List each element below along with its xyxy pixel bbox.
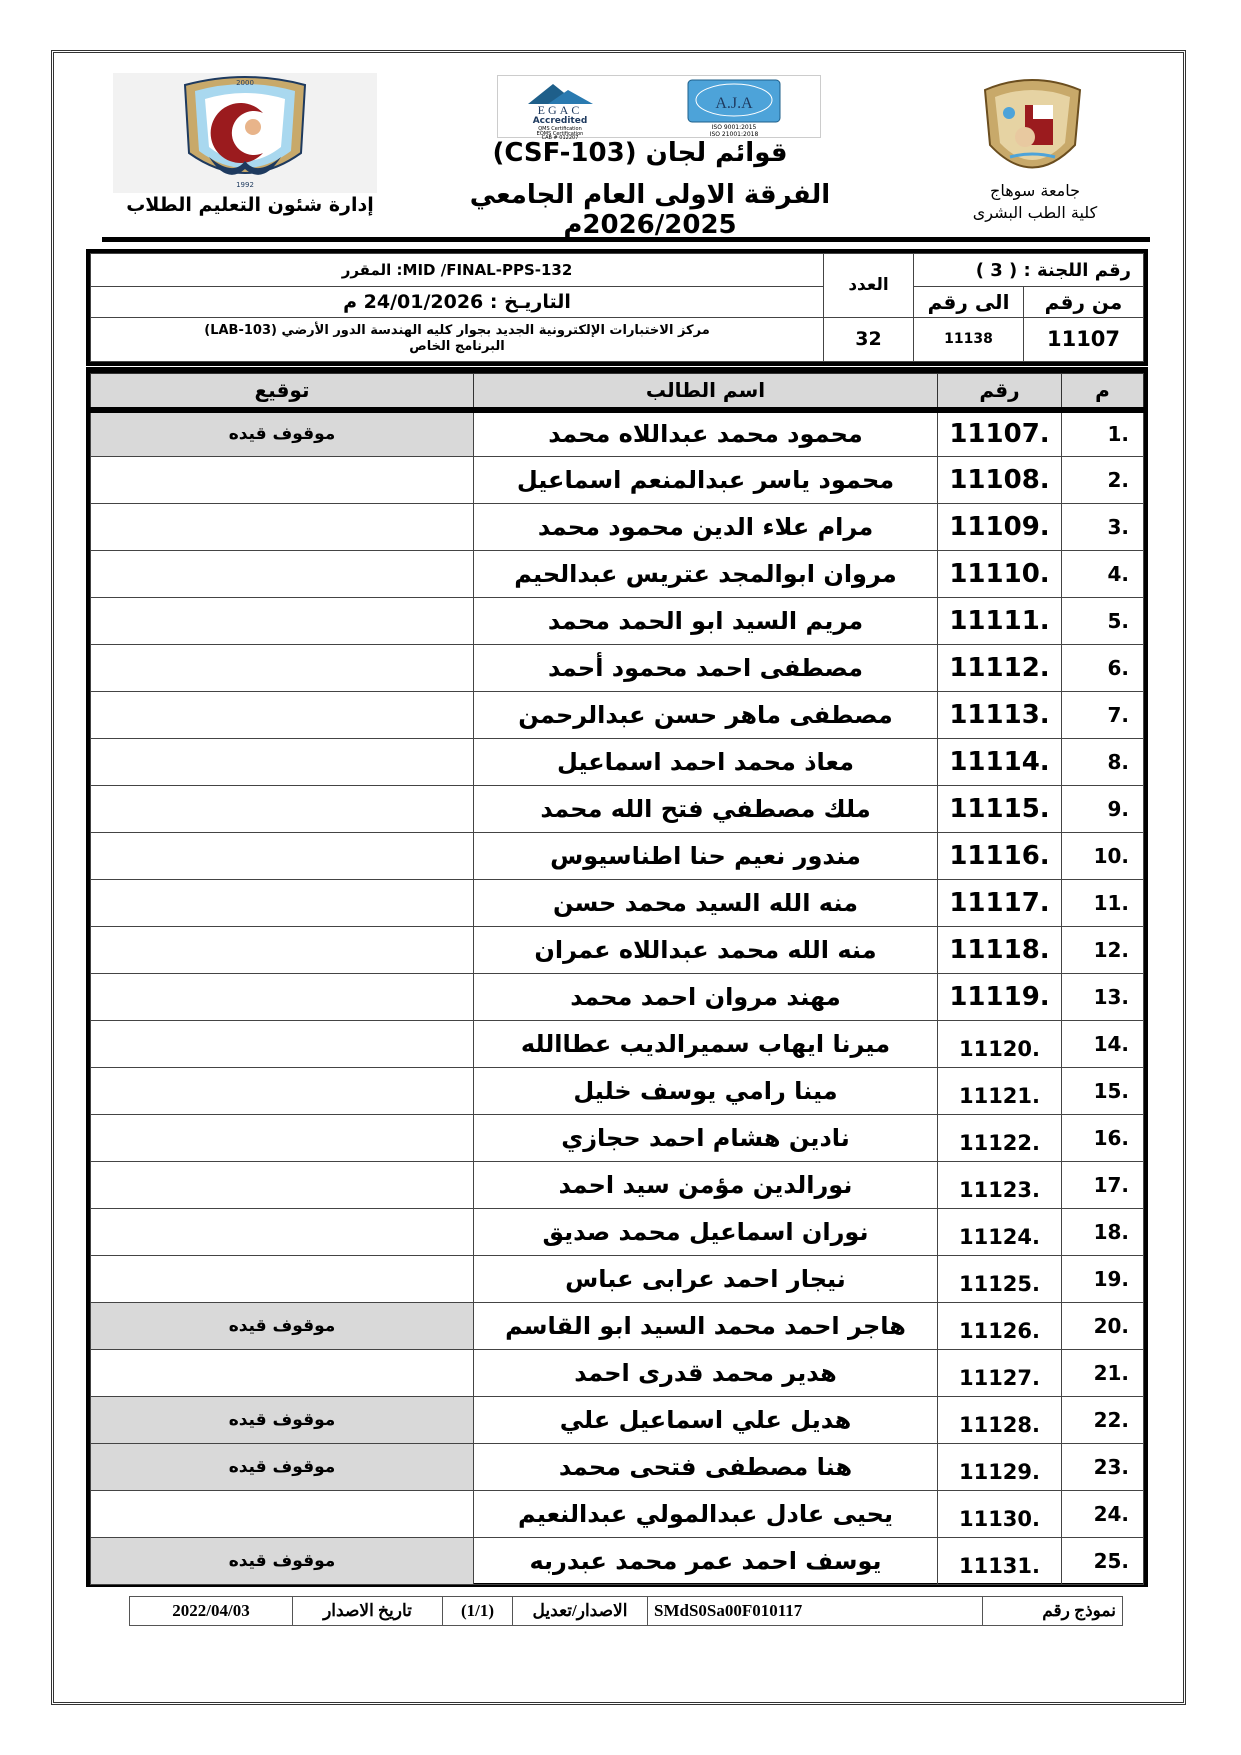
svg-text:ISO 9001:2015: ISO 9001:2015: [712, 124, 757, 131]
faculty-of-medicine-logo: 2000 1992: [113, 73, 377, 193]
student-number: 11128.: [938, 1397, 1062, 1444]
accreditation-logos: EGAC Accredited QMS Certification EOMS C…: [497, 75, 821, 138]
svg-text:A.J.A: A.J.A: [715, 95, 753, 112]
exam-location: مركز الاختبارات الإلكترونية الجديد بجوار…: [91, 317, 824, 361]
student-name: نوران اسماعيل محمد صديق: [474, 1209, 938, 1256]
student-name: مرام علاء الدين محمود محمد: [474, 504, 938, 551]
student-number: 11112.: [938, 645, 1062, 692]
row-serial: 16.: [1062, 1115, 1144, 1162]
count-value: 32: [824, 317, 914, 361]
from-number-label: من رقم: [1024, 287, 1144, 318]
signature-cell: [91, 1491, 474, 1538]
signature-cell: [91, 880, 474, 927]
student-name: مريم السيد ابو الحمد محمد: [474, 598, 938, 645]
document-title: قوائم لجان (CSF-103): [430, 138, 850, 168]
table-row: 19.11125.نيجار احمد عرابى عباس: [91, 1256, 1144, 1303]
table-row: 16.11122.نادين هشام احمد حجازي: [91, 1115, 1144, 1162]
row-serial: 11.: [1062, 880, 1144, 927]
signature-cell: [91, 786, 474, 833]
row-serial: 14.: [1062, 1021, 1144, 1068]
form-number-value: SMdS0Sa00F010117: [648, 1597, 983, 1626]
issue-date-value: 2022/04/03: [130, 1597, 293, 1626]
svg-text:Accredited: Accredited: [533, 116, 588, 126]
student-number: 11130.: [938, 1491, 1062, 1538]
column-header-name: اسم الطالب: [474, 374, 938, 410]
student-number: 11123.: [938, 1162, 1062, 1209]
student-name: مروان ابوالمجد عتريس عبدالحيم: [474, 551, 938, 598]
signature-cell: [91, 1162, 474, 1209]
row-serial: 1.: [1062, 410, 1144, 457]
column-header-number: رقم: [938, 374, 1062, 410]
svg-text:ISO 21001:2018: ISO 21001:2018: [710, 131, 759, 138]
student-number: 11119.: [938, 974, 1062, 1021]
student-name: هديل علي اسماعيل علي: [474, 1397, 938, 1444]
signature-cell: [91, 598, 474, 645]
signature-cell: موقوف قيده: [91, 1303, 474, 1350]
table-header-row: م رقم اسم الطالب توقيع: [91, 374, 1144, 410]
medicine-emblem-icon: 2000 1992: [113, 73, 377, 193]
header-divider: [102, 237, 1150, 242]
signature-cell: موقوف قيده: [91, 1397, 474, 1444]
row-serial: 3.: [1062, 504, 1144, 551]
table-row: 3.11109.مرام علاء الدين محمود محمد: [91, 504, 1144, 551]
row-serial: 2.: [1062, 457, 1144, 504]
student-number: 11124.: [938, 1209, 1062, 1256]
row-serial: 21.: [1062, 1350, 1144, 1397]
student-number: 11108.: [938, 457, 1062, 504]
row-serial: 12.: [1062, 927, 1144, 974]
row-serial: 10.: [1062, 833, 1144, 880]
row-serial: 22.: [1062, 1397, 1144, 1444]
sohag-university-logo: [975, 75, 1090, 185]
student-number: 11120.: [938, 1021, 1062, 1068]
student-number: 11109.: [938, 504, 1062, 551]
table-row: 6.11112.مصطفى احمد محمود أحمد: [91, 645, 1144, 692]
student-name: نيجار احمد عرابى عباس: [474, 1256, 938, 1303]
student-number: 11116.: [938, 833, 1062, 880]
student-name: ميرنا ايهاب سميرالديب عطاالله: [474, 1021, 938, 1068]
signature-cell: [91, 833, 474, 880]
table-row: 4.11110.مروان ابوالمجد عتريس عبدالحيم: [91, 551, 1144, 598]
table-row: 24.11130.يحيى عادل عبدالمولي عبدالنعيم: [91, 1491, 1144, 1538]
university-shield-icon: [975, 75, 1090, 185]
table-row: 15.11121.مينا رامي يوسف خليل: [91, 1068, 1144, 1115]
academic-year-title: الفرقة الاولى العام الجامعي 2026/2025م: [400, 180, 900, 240]
table-row: 11.11117.منه الله السيد محمد حسن: [91, 880, 1144, 927]
revision-value: (1/1): [443, 1597, 513, 1626]
student-number: 11118.: [938, 927, 1062, 974]
student-number: 11122.: [938, 1115, 1062, 1162]
signature-cell: [91, 1021, 474, 1068]
signature-cell: [91, 1350, 474, 1397]
table-row: 14.11120.ميرنا ايهاب سميرالديب عطاالله: [91, 1021, 1144, 1068]
form-number-label: نموذج رقم: [983, 1597, 1123, 1626]
row-serial: 20.: [1062, 1303, 1144, 1350]
table-row: 1.11107.محمود محمد عبداللاه محمدموقوف قي…: [91, 410, 1144, 457]
student-number: 11121.: [938, 1068, 1062, 1115]
row-serial: 9.: [1062, 786, 1144, 833]
from-number-value: 11107: [1024, 317, 1144, 361]
table-row: 20.11126.هاجر احمد محمد السيد ابو القاسم…: [91, 1303, 1144, 1350]
row-serial: 18.: [1062, 1209, 1144, 1256]
student-number: 11131.: [938, 1538, 1062, 1585]
student-name: نورالدين مؤمن سيد احمد: [474, 1162, 938, 1209]
student-list-table: م رقم اسم الطالب توقيع 1.11107.محمود محم…: [86, 367, 1148, 1587]
row-serial: 4.: [1062, 551, 1144, 598]
student-number: 11111.: [938, 598, 1062, 645]
student-name: معاذ محمد احمد اسماعيل: [474, 739, 938, 786]
student-number: 11127.: [938, 1350, 1062, 1397]
signature-cell: [91, 692, 474, 739]
student-name: مندور نعيم حنا اطناسيوس: [474, 833, 938, 880]
student-number: 11114.: [938, 739, 1062, 786]
signature-cell: [91, 1256, 474, 1303]
signature-cell: [91, 739, 474, 786]
svg-text:EGAC: EGAC: [538, 103, 583, 117]
program-text: البرنامج الخاص: [95, 339, 819, 355]
signature-cell: [91, 1115, 474, 1162]
signature-cell: [91, 504, 474, 551]
signature-cell: [91, 1209, 474, 1256]
signature-cell: [91, 551, 474, 598]
table-row: 12.11118.منه الله محمد عبداللاه عمران: [91, 927, 1144, 974]
revision-label: الاصدار/تعديل: [513, 1597, 648, 1626]
row-serial: 13.: [1062, 974, 1144, 1021]
student-number: 11125.: [938, 1256, 1062, 1303]
table-row: 10.11116.مندور نعيم حنا اطناسيوس: [91, 833, 1144, 880]
student-number: 11107.: [938, 410, 1062, 457]
row-serial: 25.: [1062, 1538, 1144, 1585]
row-serial: 5.: [1062, 598, 1144, 645]
table-row: 17.11123.نورالدين مؤمن سيد احمد: [91, 1162, 1144, 1209]
student-name: هدير محمد قدرى احمد: [474, 1350, 938, 1397]
faculty-name: كلية الطب البشرى: [955, 202, 1115, 224]
table-row: 21.11127.هدير محمد قدرى احمد: [91, 1350, 1144, 1397]
student-number: 11115.: [938, 786, 1062, 833]
table-row: 13.11119.مهند مروان احمد محمد: [91, 974, 1144, 1021]
committee-info-table: رقم اللجنة : ( 3 ) العدد MID /FINAL-PPS-…: [86, 249, 1148, 366]
student-number: 11129.: [938, 1444, 1062, 1491]
student-name: مصطفى ماهر حسن عبدالرحمن: [474, 692, 938, 739]
student-name: نادين هشام احمد حجازي: [474, 1115, 938, 1162]
student-name: يحيى عادل عبدالمولي عبدالنعيم: [474, 1491, 938, 1538]
table-row: 9.11115.ملك مصطفي فتح الله محمد: [91, 786, 1144, 833]
table-row: 23.11129.هنا مصطفى فتحى محمدموقوف قيده: [91, 1444, 1144, 1491]
row-serial: 15.: [1062, 1068, 1144, 1115]
student-name: مهند مروان احمد محمد: [474, 974, 938, 1021]
student-name: منه الله السيد محمد حسن: [474, 880, 938, 927]
location-text: مركز الاختبارات الإلكترونية الجديد بجوار…: [95, 323, 819, 339]
student-name: مينا رامي يوسف خليل: [474, 1068, 938, 1115]
table-row: 5.11111.مريم السيد ابو الحمد محمد: [91, 598, 1144, 645]
row-serial: 17.: [1062, 1162, 1144, 1209]
university-name: جامعة سوهاج: [955, 180, 1115, 202]
table-row: 8.11114.معاذ محمد احمد اسماعيل: [91, 739, 1144, 786]
student-number: 11126.: [938, 1303, 1062, 1350]
to-number-value: 11138: [914, 317, 1024, 361]
student-name: هاجر احمد محمد السيد ابو القاسم: [474, 1303, 938, 1350]
row-serial: 8.: [1062, 739, 1144, 786]
student-name: محمود محمد عبداللاه محمد: [474, 410, 938, 457]
student-name: يوسف احمد عمر محمد عبدربه: [474, 1538, 938, 1585]
row-serial: 23.: [1062, 1444, 1144, 1491]
svg-text:2000: 2000: [236, 79, 254, 87]
course-code: MID /FINAL-PPS-132: المقرر: [91, 254, 824, 287]
student-number: 11113.: [938, 692, 1062, 739]
svg-text:1992: 1992: [236, 181, 254, 189]
signature-cell: [91, 1068, 474, 1115]
signature-cell: [91, 645, 474, 692]
column-header-signature: توقيع: [91, 374, 474, 410]
form-footer: نموذج رقم SMdS0Sa00F010117 الاصدار/تعديل…: [129, 1596, 1123, 1626]
university-name-block: جامعة سوهاج كلية الطب البشرى: [955, 180, 1115, 224]
row-serial: 6.: [1062, 645, 1144, 692]
student-name: مصطفى احمد محمود أحمد: [474, 645, 938, 692]
student-name: منه الله محمد عبداللاه عمران: [474, 927, 938, 974]
signature-cell: موقوف قيده: [91, 410, 474, 457]
student-number: 11117.: [938, 880, 1062, 927]
student-name: ملك مصطفي فتح الله محمد: [474, 786, 938, 833]
table-row: 22.11128.هديل علي اسماعيل عليموقوف قيده: [91, 1397, 1144, 1444]
student-name: هنا مصطفى فتحى محمد: [474, 1444, 938, 1491]
issue-date-label: تاريخ الاصدار: [293, 1597, 443, 1626]
count-label: العدد: [824, 254, 914, 318]
signature-cell: [91, 927, 474, 974]
table-row: 2.11108.محمود ياسر عبدالمنعم اسماعيل: [91, 457, 1144, 504]
egac-aja-certification-icon: EGAC Accredited QMS Certification EOMS C…: [498, 76, 822, 139]
table-row: 18.11124.نوران اسماعيل محمد صديق: [91, 1209, 1144, 1256]
table-row: 7.11113.مصطفى ماهر حسن عبدالرحمن: [91, 692, 1144, 739]
student-name: محمود ياسر عبدالمنعم اسماعيل: [474, 457, 938, 504]
student-number: 11110.: [938, 551, 1062, 598]
exam-date: التاريـخ : 24/01/2026 م: [91, 287, 824, 318]
signature-cell: [91, 457, 474, 504]
row-serial: 7.: [1062, 692, 1144, 739]
department-name: إدارة شئون التعليم الطلاب: [120, 194, 380, 216]
signature-cell: موقوف قيده: [91, 1538, 474, 1585]
column-header-serial: م: [1062, 374, 1144, 410]
signature-cell: [91, 974, 474, 1021]
signature-cell: موقوف قيده: [91, 1444, 474, 1491]
table-row: 25.11131.يوسف احمد عمر محمد عبدربهموقوف …: [91, 1538, 1144, 1585]
committee-number: رقم اللجنة : ( 3 ): [914, 254, 1144, 287]
to-number-label: الى رقم: [914, 287, 1024, 318]
row-serial: 24.: [1062, 1491, 1144, 1538]
row-serial: 19.: [1062, 1256, 1144, 1303]
